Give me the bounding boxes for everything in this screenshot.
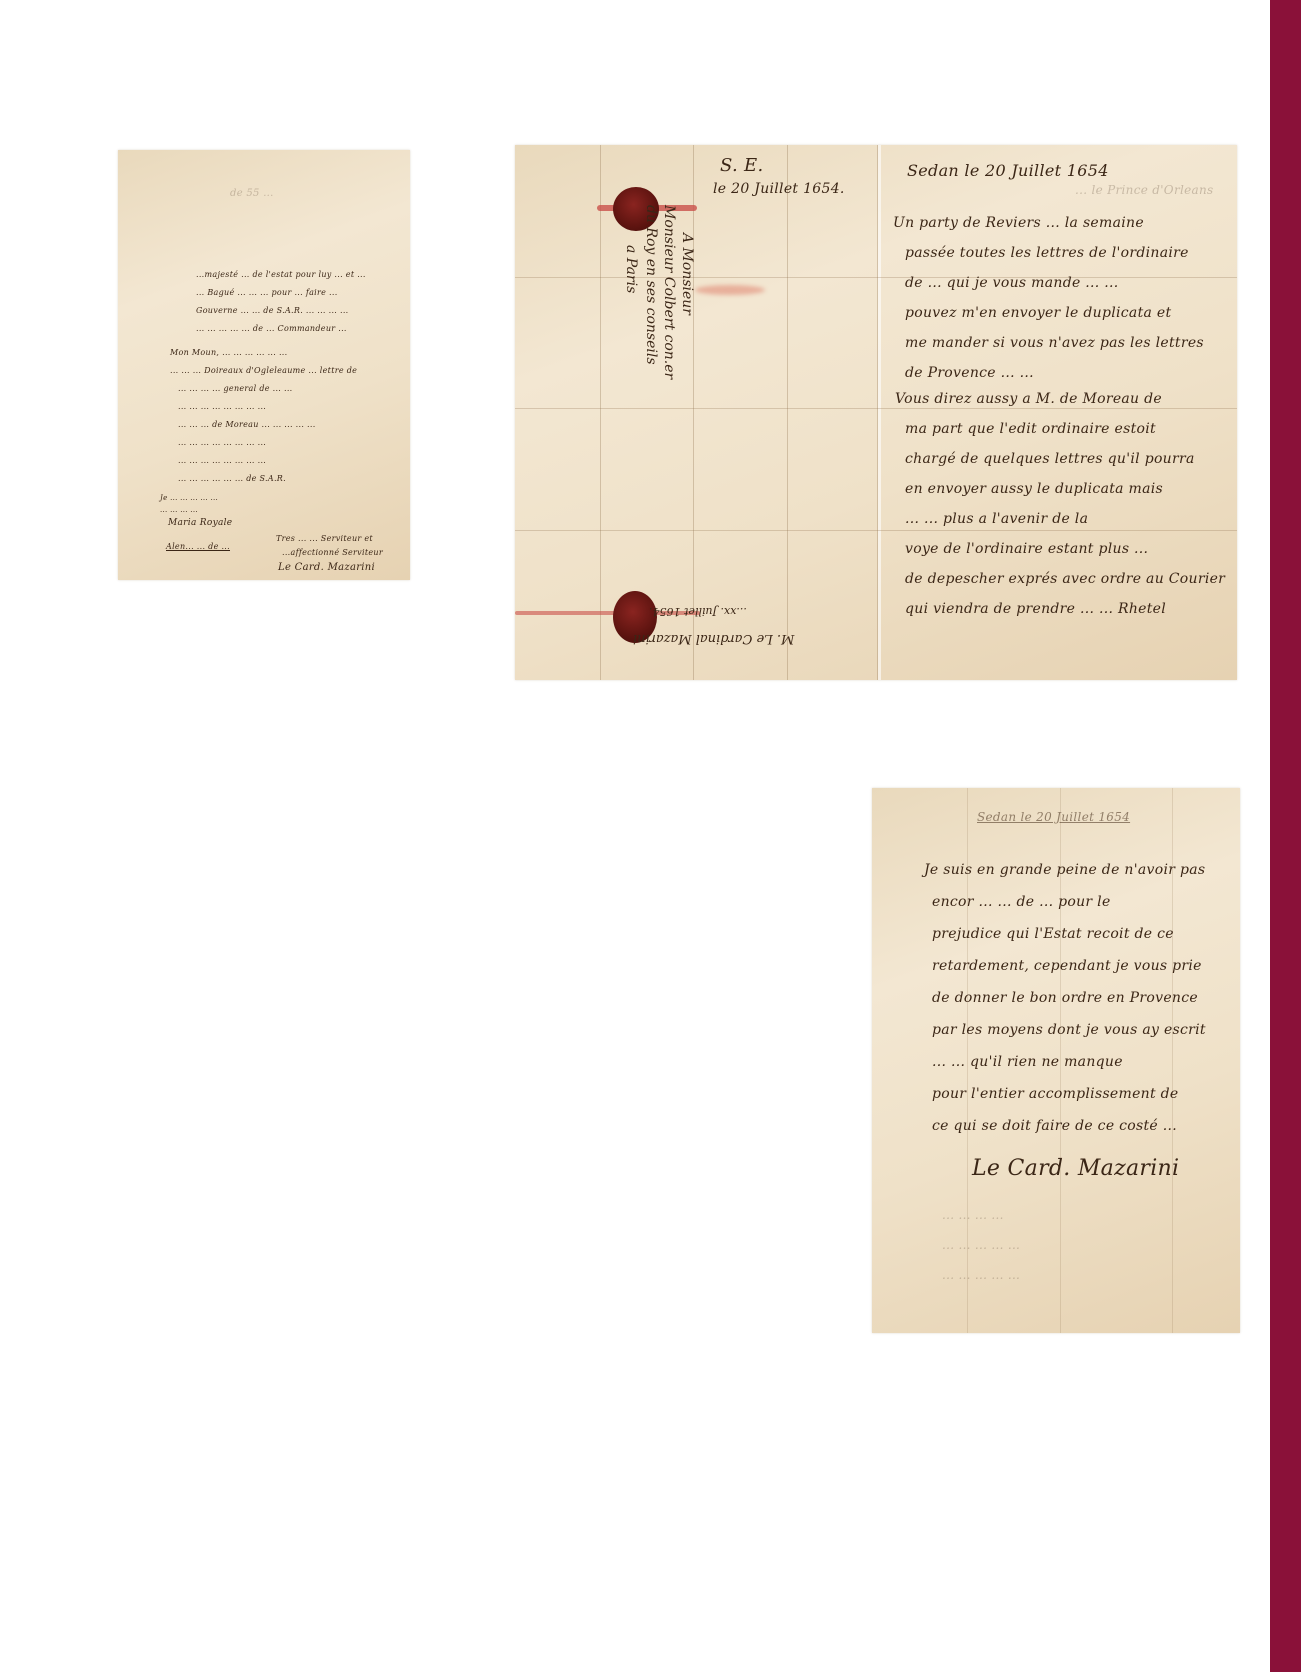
fold-line xyxy=(515,530,1237,531)
place-date: Alen... ... de ... xyxy=(166,542,230,551)
text-line: chargé de quelques lettres qu'il pourra xyxy=(905,451,1195,467)
text-line: ...majesté ... de l'estat pour luy ... e… xyxy=(196,270,366,279)
signature: Le Card. Mazarini xyxy=(972,1156,1179,1181)
text-line: Tres ... ... Serviteur et xyxy=(276,534,373,543)
bleed-through-text: ... ... ... ... ... xyxy=(942,1268,1020,1282)
endorsement: M. Le Cardinal Mazarini xyxy=(633,631,794,646)
fold-line xyxy=(787,145,788,680)
text-line: ... ... ... Doireaux d'Ogleleaume ... le… xyxy=(170,366,357,375)
address-line: a Paris xyxy=(623,245,639,293)
manuscript-letter-left: de 55 ... ...majesté ... de l'estat pour… xyxy=(118,150,410,580)
text-line: retardement, cependant je vous prie xyxy=(932,958,1202,974)
bleed-through-text: ... ... ... ... xyxy=(942,1208,1004,1222)
text-line: me mander si vous n'avez pas les lettres xyxy=(905,335,1204,351)
docket-date: le 20 Juillet 1654. xyxy=(713,181,845,197)
text-line: passée toutes les lettres de l'ordinaire xyxy=(905,245,1189,261)
faint-note: ... le Prince d'Orleans xyxy=(1075,183,1213,197)
fold-line xyxy=(515,408,1237,409)
endorsement-date: ...xx. Juillet 1654. xyxy=(649,605,747,618)
text-line: en envoyer aussy le duplicata mais xyxy=(905,481,1163,497)
text-line: ... Bagué ... ... ... pour ... faire ... xyxy=(196,288,338,297)
text-line: Maria Royale xyxy=(168,518,232,528)
text-line: Un party de Reviers ... la semaine xyxy=(893,215,1144,231)
text-line: Mon Moun, ... ... ... ... ... ... xyxy=(170,348,288,357)
text-line: ... ... qu'il rien ne manque xyxy=(932,1054,1123,1070)
letter-heading: Sedan le 20 Juillet 1654 xyxy=(907,161,1109,180)
text-line: Je suis en grande peine de n'avoir pas xyxy=(924,862,1205,878)
red-stain xyxy=(695,285,765,295)
manuscript-letter-signed: Sedan le 20 Juillet 1654 Je suis en gran… xyxy=(872,788,1240,1333)
text-line: ... ... ... de Moreau ... ... ... ... ..… xyxy=(178,420,316,429)
text-line: voye de l'ordinaire estant plus ... xyxy=(905,541,1148,557)
text-line: ma part que l'edit ordinaire estoit xyxy=(905,421,1156,437)
docket-initials: S. E. xyxy=(720,155,764,176)
fold-line xyxy=(600,145,601,680)
text-line: de ... qui je vous mande ... ... xyxy=(905,275,1119,291)
faint-header: Sedan le 20 Juillet 1654 xyxy=(977,810,1130,824)
bleed-through-text: ... ... ... ... ... xyxy=(942,1238,1020,1252)
text-line: Vous direz aussy a M. de Moreau de xyxy=(895,391,1162,407)
text-line: de donner le bon ordre en Provence xyxy=(932,990,1198,1006)
address-line: A Monsieur xyxy=(679,233,695,315)
text-line: ... ... ... ... ... ... ... ... xyxy=(178,438,266,447)
manuscript-folded-letter: S. E. le 20 Juillet 1654. A Monsieur Mon… xyxy=(515,145,1237,680)
text-line: de depescher exprés avec ordre au Courie… xyxy=(905,571,1225,587)
text-line: ... ... ... ... ... ... ... ... xyxy=(178,456,266,465)
text-line: de Provence ... ... xyxy=(905,365,1034,381)
text-line: ce qui se doit faire de ce costé ... xyxy=(932,1118,1177,1134)
text-line: ...affectionné Serviteur xyxy=(282,548,383,557)
text-line: pour l'entier accomplissement de xyxy=(932,1086,1179,1102)
address-line: du Roy en ses conseils xyxy=(643,205,659,365)
text-line: encor ... ... de ... pour le xyxy=(932,894,1111,910)
text-line: ... ... ... ... ... de ... Commandeur ..… xyxy=(196,324,347,333)
text-line: qui viendra de prendre ... ... Rhetel xyxy=(905,601,1166,617)
text-line: ... ... ... ... xyxy=(160,506,198,514)
page-edge-accent-bar xyxy=(1270,0,1301,1672)
text-line: ... ... plus a l'avenir de la xyxy=(905,511,1088,527)
fold-line xyxy=(693,145,694,680)
text-line: ... ... ... ... ... ... de S.A.R. xyxy=(178,474,286,483)
text-line: ... ... ... ... general de ... ... xyxy=(178,384,293,393)
signature: Le Card. Mazarini xyxy=(278,562,375,573)
text-line: Je ... ... ... ... ... xyxy=(160,494,218,502)
text-line: par les moyens dont je vous ay escrit xyxy=(932,1022,1206,1038)
page-gap xyxy=(878,145,881,680)
text-line: ... ... ... ... ... ... ... ... xyxy=(178,402,266,411)
text-line: prejudice qui l'Estat recoit de ce xyxy=(932,926,1174,942)
faint-header: de 55 ... xyxy=(230,188,274,199)
address-line: Monsieur Colbert con.er xyxy=(661,205,677,379)
text-line: pouvez m'en envoyer le duplicata et xyxy=(905,305,1171,321)
text-line: Gouverne ... ... de S.A.R. ... ... ... .… xyxy=(196,306,349,315)
